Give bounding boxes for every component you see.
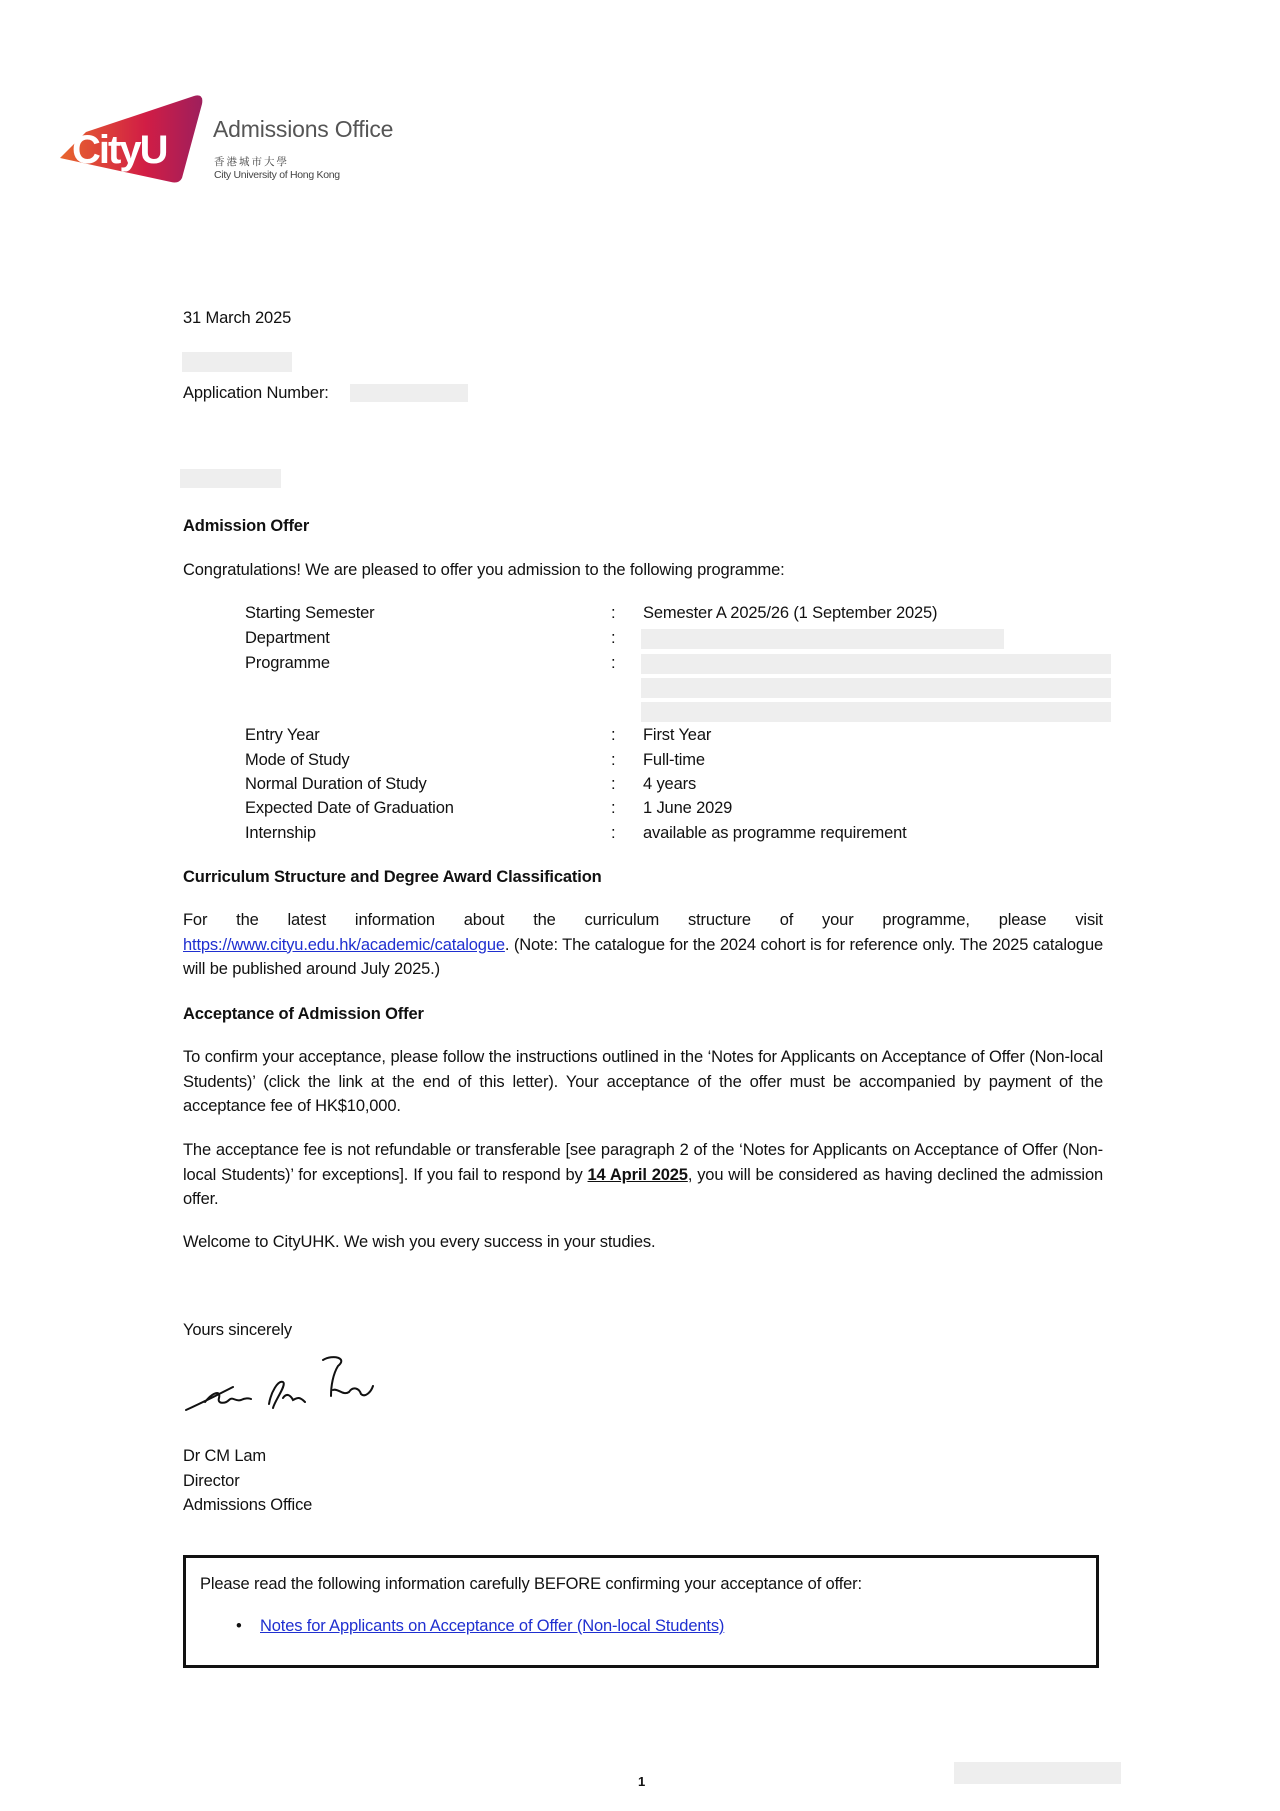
curriculum-heading: Curriculum Structure and Degree Award Cl… [183, 865, 602, 890]
detail-row-entry-year: Entry Year : First Year [245, 723, 1145, 748]
detail-colon: : [611, 748, 615, 773]
redacted-recipient-name [182, 352, 292, 372]
letterhead: CityU Admissions Office 香港城市大學 City Univ… [58, 92, 403, 187]
catalogue-link[interactable]: https://www.cityu.edu.hk/academic/catalo… [183, 936, 505, 954]
detail-label: Department [245, 626, 330, 651]
intro-text: Congratulations! We are pleased to offer… [183, 558, 785, 583]
signatory-title: Director [183, 1469, 240, 1494]
detail-value: 4 years [643, 772, 696, 797]
signatory-office: Admissions Office [183, 1493, 312, 1518]
notice-box: Please read the following information ca… [183, 1555, 1099, 1668]
notice-text: Please read the following information ca… [200, 1572, 862, 1597]
detail-row-graduation-date: Expected Date of Graduation : 1 June 202… [245, 796, 1145, 821]
detail-value: First Year [643, 723, 711, 748]
notice-list-item: •Notes for Applicants on Acceptance of O… [236, 1614, 724, 1639]
detail-label: Internship [245, 821, 316, 846]
acceptance-heading: Acceptance of Admission Offer [183, 1002, 424, 1027]
signatory-name: Dr CM Lam [183, 1444, 266, 1469]
detail-colon: : [611, 796, 615, 821]
detail-row-internship: Internship : available as programme requ… [245, 821, 1145, 846]
detail-value: Semester A 2025/26 (1 September 2025) [643, 601, 937, 626]
svg-text:CityU: CityU [72, 128, 167, 172]
closing: Yours sincerely [183, 1318, 292, 1343]
detail-colon: : [611, 651, 615, 676]
detail-label: Starting Semester [245, 601, 375, 626]
acceptance-paragraph-2: The acceptance fee is not refundable or … [183, 1138, 1103, 1212]
redacted-programme-line-2 [641, 678, 1111, 698]
curriculum-paragraph: For the latest information about the cur… [183, 908, 1103, 982]
letter-date: 31 March 2025 [183, 306, 291, 331]
signature-icon [183, 1352, 383, 1422]
detail-label: Programme [245, 651, 330, 676]
detail-value: Full-time [643, 748, 705, 773]
detail-row-mode-of-study: Mode of Study : Full-time [245, 748, 1145, 773]
detail-row-starting-semester: Starting Semester : Semester A 2025/26 (… [245, 601, 1145, 626]
detail-value: available as programme requirement [643, 821, 907, 846]
detail-label: Mode of Study [245, 748, 349, 773]
office-name: Admissions Office [213, 116, 393, 143]
notes-for-applicants-link[interactable]: Notes for Applicants on Acceptance of Of… [260, 1617, 724, 1635]
redacted-salutation [180, 469, 281, 488]
detail-colon: : [611, 821, 615, 846]
detail-label: Entry Year [245, 723, 320, 748]
redacted-programme-line-3 [641, 702, 1111, 722]
bullet: • [236, 1614, 260, 1639]
redacted-footer [954, 1762, 1121, 1784]
letter-title: Admission Offer [183, 514, 309, 539]
detail-value: 1 June 2029 [643, 796, 732, 821]
detail-colon: : [611, 723, 615, 748]
detail-colon: : [611, 626, 615, 651]
redacted-application-number [350, 384, 468, 402]
cityu-logo-icon: CityU [58, 92, 208, 187]
university-name-english: City University of Hong Kong [214, 169, 340, 181]
page-number: 1 [638, 1774, 645, 1789]
university-name-chinese: 香港城市大學 [214, 154, 289, 169]
acceptance-paragraph-1: To confirm your acceptance, please follo… [183, 1045, 1103, 1119]
detail-row-duration: Normal Duration of Study : 4 years [245, 772, 1145, 797]
redacted-programme-line-1 [641, 654, 1111, 674]
welcome-text: Welcome to CityUHK. We wish you every su… [183, 1230, 655, 1255]
detail-colon: : [611, 601, 615, 626]
curriculum-text: For the latest information about the cur… [183, 911, 1103, 929]
response-deadline: 14 April 2025 [588, 1166, 688, 1184]
redacted-department [641, 629, 1004, 649]
detail-label: Expected Date of Graduation [245, 796, 454, 821]
detail-colon: : [611, 772, 615, 797]
application-number-label: Application Number: [183, 381, 329, 406]
detail-label: Normal Duration of Study [245, 772, 427, 797]
